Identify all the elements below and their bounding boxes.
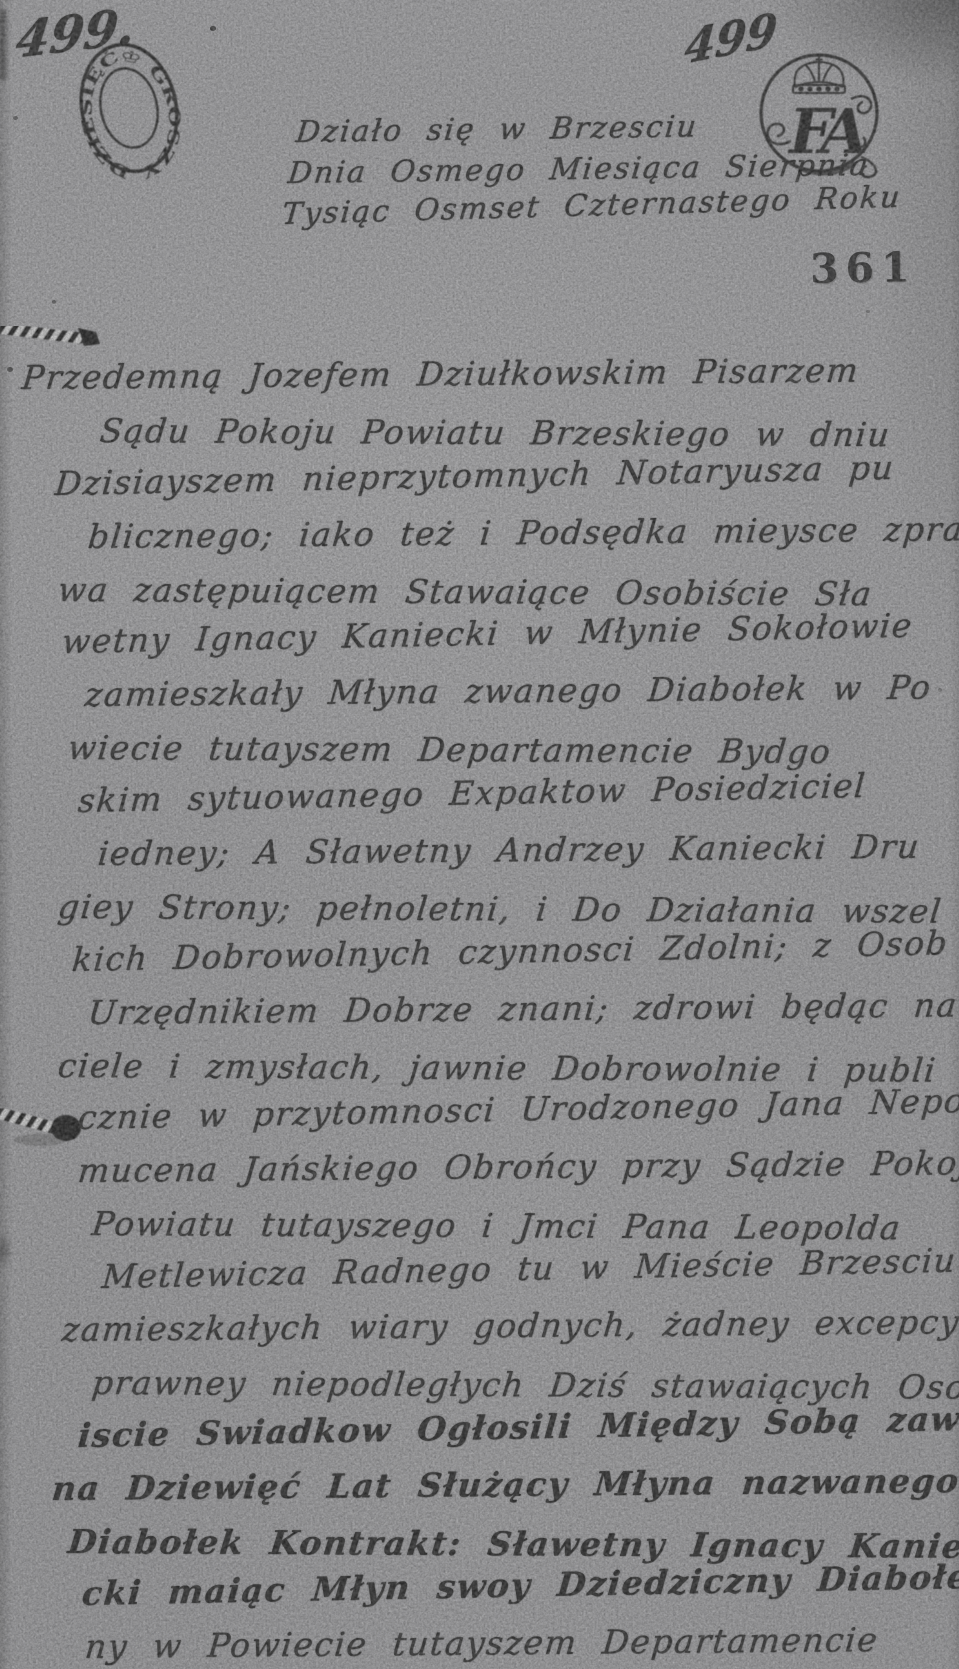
royal-stamp: FA xyxy=(749,43,889,183)
manuscript-line: zamieszkałych wiary godnych, żadney exce… xyxy=(59,1296,959,1357)
stamp-circular-text-container: ♔ GROSZY DZIESIĘĆ xyxy=(74,36,184,180)
ink-speck xyxy=(866,310,870,313)
manuscript-line: zamieszkały Młyna zwanego Diabołek w Po xyxy=(82,662,959,723)
manuscript-body: Przedemną Jozefem Dziułkowskim Pisarzem … xyxy=(0,352,959,1669)
manuscript-line: Przedemną Jozefem Dziułkowskim Pisarzem xyxy=(19,344,959,405)
ink-speck xyxy=(210,26,216,31)
manuscript-line: blicznego; iako też i Podsędka mieysce z… xyxy=(85,503,959,563)
revenue-stamp-ten-groszy: ♔ GROSZY DZIESIĘĆ xyxy=(74,36,184,180)
manuscript-line: Urzędnikiem Dobrze znani; zdrowi będąc n… xyxy=(85,979,959,1039)
act-number-stamp: 361 xyxy=(810,243,917,293)
left-edge-smudge xyxy=(0,10,9,80)
thread-cord xyxy=(0,328,80,338)
ink-speck xyxy=(13,116,18,120)
binding-thread-upper xyxy=(0,306,115,358)
manuscript-line: na Dziewięć Lat Służący Młyna nazwanego xyxy=(49,1455,959,1516)
manuscript-line: ny w Powiecie tutayszem Departamencie xyxy=(82,1614,959,1669)
scanned-manuscript-page: 499. 499 ♔ GROSZY DZIESIĘĆ xyxy=(0,0,959,1669)
manuscript-line: mucena Jańskiego Obrońcy przy Sądzie Pok… xyxy=(75,1138,959,1199)
manuscript-line: iedney; A Sławetny Andrzey Kaniecki Dru xyxy=(95,821,959,881)
stamp-circular-text: ♔ GROSZY DZIESIĘĆ xyxy=(74,36,184,180)
monogram-text: FA xyxy=(787,95,866,168)
ink-speck xyxy=(52,300,56,304)
crown-icon xyxy=(793,56,845,93)
